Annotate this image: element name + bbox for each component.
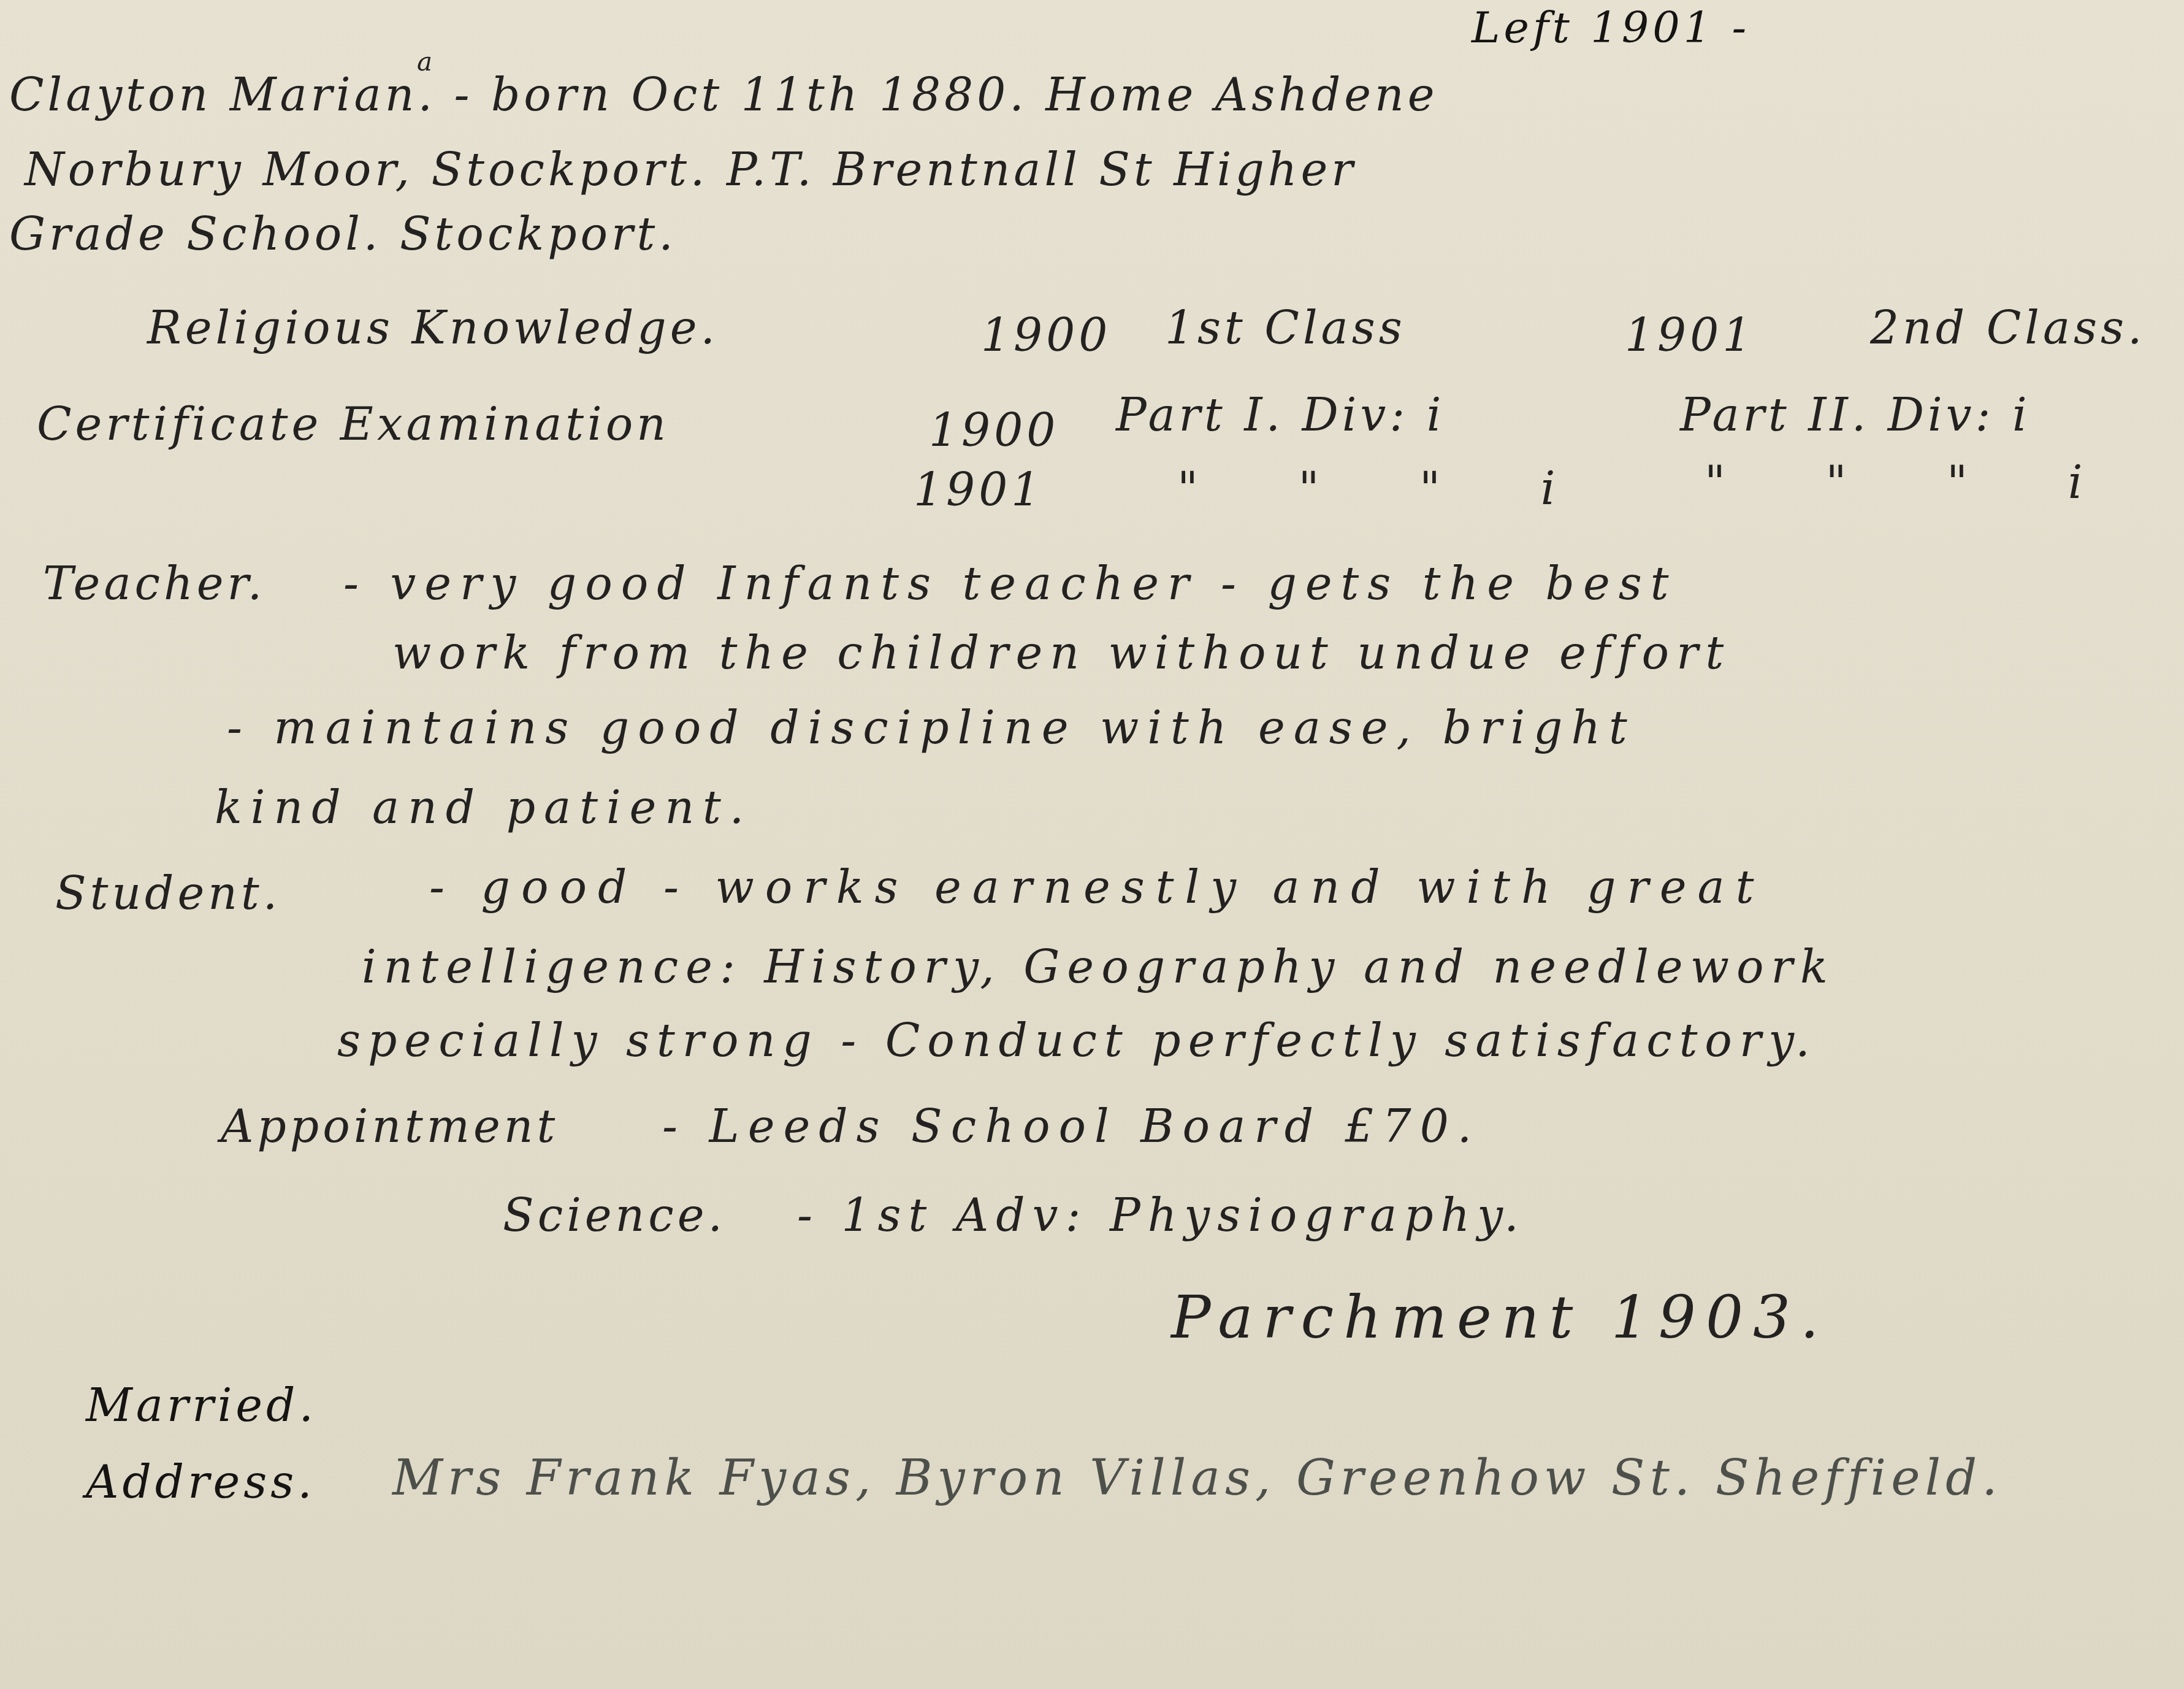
left-date-annotation: Left 1901 - <box>1472 6 1750 49</box>
header-line-2: Norbury Moor, Stockport. P.T. Brentnall … <box>25 147 1357 193</box>
married-label: Married. <box>86 1383 317 1428</box>
religious-knowledge-label: Religious Knowledge. <box>147 305 719 351</box>
cert-exam-1901-part2-ditto: " " " i <box>1705 460 2125 505</box>
teacher-line-2: work from the children without undue eff… <box>392 630 1731 676</box>
certificate-examination-label: Certificate Examination <box>37 402 670 447</box>
address-label: Address. <box>86 1460 316 1505</box>
handwritten-record-page: Left 1901 - a Clayton Marian. - born Oct… <box>0 0 2184 1689</box>
teacher-line-3: - maintains good discipline with ease, b… <box>227 705 1636 751</box>
cert-exam-year-1901: 1901 <box>914 467 1044 513</box>
student-line-2: intelligence: History, Geography and nee… <box>362 944 1835 990</box>
header-line-1: Clayton Marian. - born Oct 11th 1880. Ho… <box>9 72 1438 118</box>
religious-knowledge-year-1901: 1901 <box>1625 313 1755 358</box>
religious-knowledge-result-1901: 2nd Class. <box>1870 305 2146 351</box>
teacher-line-1: - very good Infants teacher - gets the b… <box>343 561 1677 607</box>
address-value: Mrs Frank Fyas, Byron Villas, Greenhow S… <box>392 1453 2003 1503</box>
cert-exam-1900-part1: Part I. Div: i <box>1116 393 1445 438</box>
cert-exam-year-1900: 1900 <box>929 408 1059 453</box>
teacher-line-4: kind and patient. <box>215 785 752 830</box>
appointment-label: Appointment <box>221 1104 559 1149</box>
student-label: Student. <box>55 871 281 916</box>
student-line-1: - good - works earnestly and with great <box>429 865 1765 910</box>
student-line-3: specially strong - Conduct perfectly sat… <box>337 1018 1817 1063</box>
science-label: Science. <box>503 1193 726 1238</box>
header-line-3: Grade School. Stockport. <box>9 212 677 257</box>
science-value: - 1st Adv: Physiography. <box>797 1193 1526 1238</box>
cert-exam-1901-part1-ditto: " " " i <box>1177 466 1598 511</box>
teacher-label: Teacher. <box>43 561 265 607</box>
parchment-year: Parchment 1903. <box>1171 1288 1829 1347</box>
appointment-value: - Leeds School Board £70. <box>662 1104 1480 1149</box>
cert-exam-1900-part2: Part II. Div: i <box>1680 393 2031 438</box>
religious-knowledge-year-1900: 1900 <box>981 313 1111 358</box>
religious-knowledge-result-1900: 1st Class <box>1165 305 1406 351</box>
